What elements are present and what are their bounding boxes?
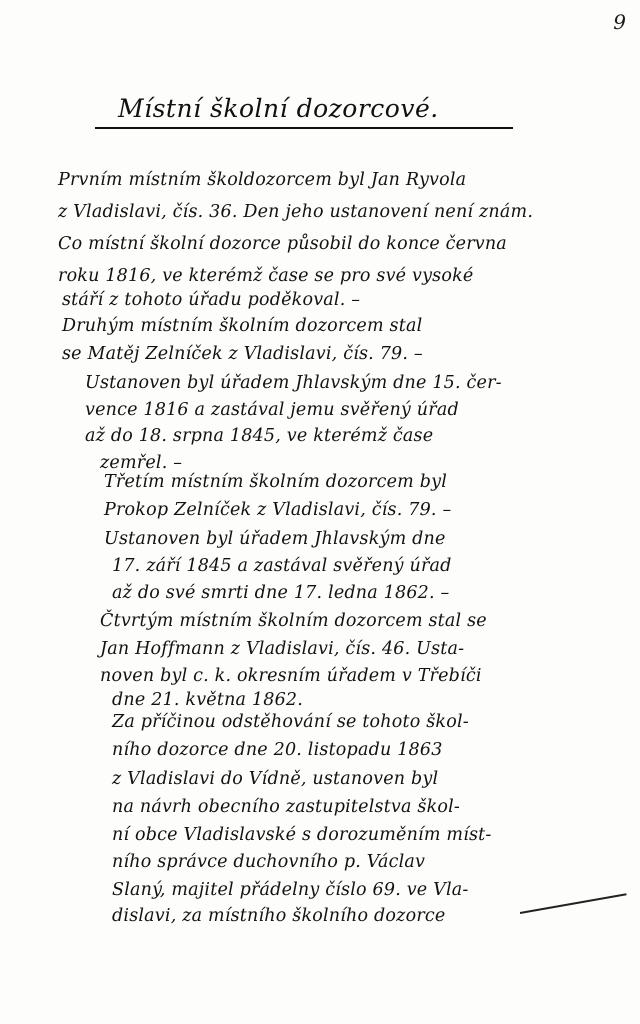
text-line: Třetím místním školním dozorcem byl <box>104 472 447 492</box>
text-line: Ustanoven byl úřadem Jhlavským dne <box>104 529 446 549</box>
text-line: ní obce Vladislavské s dorozuměním míst- <box>112 825 492 845</box>
page-number: 9 <box>613 10 626 34</box>
text-line: z Vladislavi do Vídně, ustanoven byl <box>112 769 438 789</box>
text-line: ního správce duchovního p. Václav <box>112 852 425 872</box>
text-line: z Vladislavi, čís. 36. Den jeho ustanove… <box>58 202 533 222</box>
text-line: Čtvrtým místním školním dozorcem stal se <box>100 611 487 631</box>
title-underline <box>95 127 513 129</box>
text-line: ního dozorce dne 20. listopadu 1863 <box>112 740 443 760</box>
text-line: až do své smrti dne 17. ledna 1862. – <box>112 583 449 603</box>
text-line: Druhým místním školním dozorcem stal <box>62 316 422 336</box>
text-line: na návrh obecního zastupitelstva škol- <box>112 797 460 817</box>
text-line: roku 1816, ve kterémž čase se pro své vy… <box>58 266 473 286</box>
closing-flourish-line <box>520 893 627 913</box>
text-line: se Matěj Zelníček z Vladislavi, čís. 79.… <box>62 344 423 364</box>
text-line: Jan Hoffmann z Vladislavi, čís. 46. Usta… <box>100 639 464 659</box>
text-line: Prokop Zelníček z Vladislavi, čís. 79. – <box>104 500 451 520</box>
text-line: Ustanoven byl úřadem Jhlavským dne 15. č… <box>85 373 502 393</box>
text-line: vence 1816 a zastával jemu svěřený úřad <box>85 400 459 420</box>
text-line: noven byl c. k. okresním úřadem v Třebíč… <box>100 666 482 686</box>
text-line: stáří z tohoto úřadu poděkoval. – <box>62 290 360 310</box>
text-line: Prvním místním školdozorcem byl Jan Ryvo… <box>58 170 466 190</box>
text-line: Co místní školní dozorce působil do konc… <box>58 234 507 254</box>
text-line: dne 21. května 1862. <box>112 690 303 710</box>
text-line: 17. září 1845 a zastával svěřený úřad <box>112 556 452 576</box>
text-line: Za příčinou odstěhování se tohoto škol- <box>112 712 469 732</box>
text-line: až do 18. srpna 1845, ve kterémž čase <box>85 426 433 446</box>
page-title: Místní školní dozorcové. <box>118 94 439 123</box>
text-line: Slaný, majitel přádelny číslo 69. ve Vla… <box>112 880 469 900</box>
text-line: zemřel. – <box>100 453 182 473</box>
manuscript-page: 9 Místní školní dozorcové. Prvním místní… <box>0 0 640 1024</box>
text-line: dislavi, za místního školního dozorce <box>112 906 445 926</box>
